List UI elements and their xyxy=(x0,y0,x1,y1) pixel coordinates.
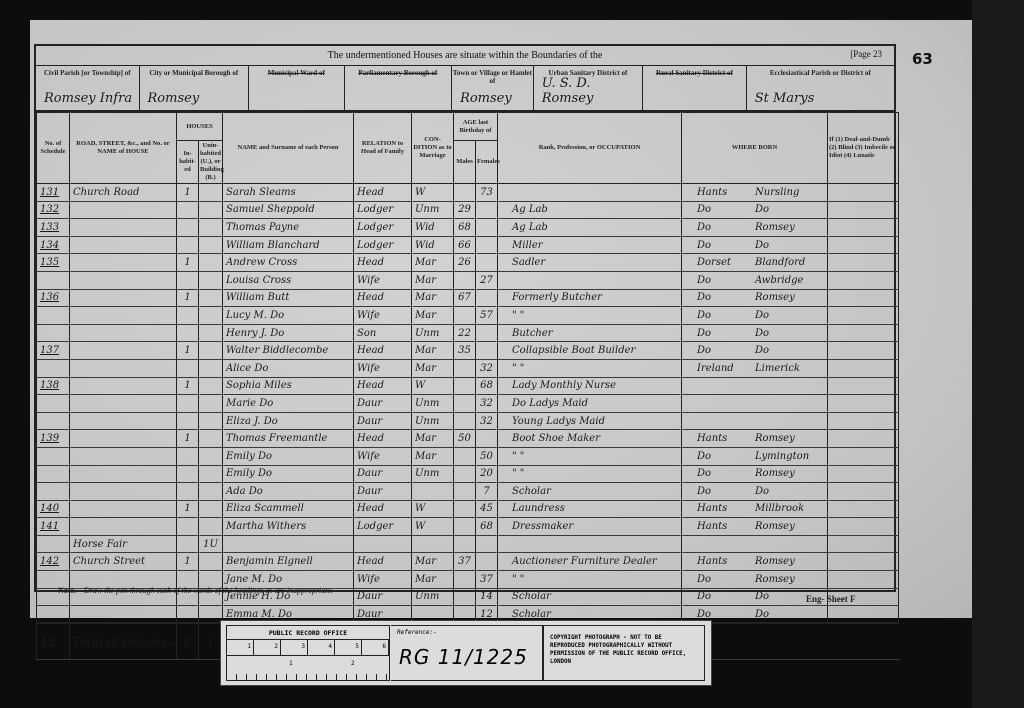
infirmity xyxy=(828,606,899,624)
schedule-number xyxy=(37,359,70,377)
born-place: Limerick xyxy=(755,363,800,374)
occupation: Formerly Butcher xyxy=(498,289,682,307)
male-age xyxy=(454,184,476,202)
schedule-number: 132 xyxy=(37,201,70,219)
uninhabited-count xyxy=(199,518,223,536)
total-houses-label: Total of Houses... xyxy=(70,623,177,659)
uninhabited-count xyxy=(199,447,223,465)
marital-condition: W xyxy=(412,518,454,536)
infirmity xyxy=(828,518,899,536)
relation: Lodger xyxy=(354,518,412,536)
female-age: 7 xyxy=(476,483,498,501)
district-label: Rural Sanitary District of xyxy=(643,66,746,77)
marital-condition: W xyxy=(412,184,454,202)
person-name: Marie Do xyxy=(223,395,354,413)
schedule-number: 136 xyxy=(37,289,70,307)
female-age: 32 xyxy=(476,395,498,413)
schedule-number xyxy=(37,606,70,624)
born-county: Do xyxy=(685,591,755,602)
schedule-number xyxy=(37,535,70,553)
table-row: Emily DoWifeMar50" "DoLymington xyxy=(37,447,899,465)
male-age: 29 xyxy=(454,201,476,219)
table-row: 1371Walter BiddlecombeHeadMar35Collapsib… xyxy=(37,342,899,360)
where-born: DoDo xyxy=(682,342,828,360)
form-caption: The undermentioned Houses are situate wi… xyxy=(36,46,894,66)
table-row: 1351Andrew CrossHeadMar26SadlerDorsetBla… xyxy=(37,254,899,272)
where-born: DoRomsey xyxy=(682,465,828,483)
inhabited-count: 1 xyxy=(177,254,199,272)
road-name xyxy=(70,342,177,360)
person-name: Andrew Cross xyxy=(223,254,354,272)
road-name: Church Road xyxy=(70,184,177,202)
col-occupation: Rank, Profession, or OCCUPATION xyxy=(498,113,682,184)
infirmity xyxy=(828,447,899,465)
female-age: 37 xyxy=(476,571,498,589)
born-county: Do xyxy=(685,328,755,339)
archive-label: PUBLIC RECORD OFFICE 123456 1 2 Referenc… xyxy=(220,620,712,686)
archive-scale-box: PUBLIC RECORD OFFICE 123456 1 2 xyxy=(226,625,390,681)
district-cell: Municipal Ward of xyxy=(249,66,345,110)
person-name: William Butt xyxy=(223,289,354,307)
road-name xyxy=(70,307,177,325)
infirmity xyxy=(828,553,899,571)
uninhabited-count xyxy=(199,324,223,342)
inhabited-count: 1 xyxy=(177,500,199,518)
uninhabited-count xyxy=(199,606,223,624)
where-born: DoRomsey xyxy=(682,571,828,589)
district-header-row: Civil Parish [or Township] ofRomsey Infr… xyxy=(36,66,894,112)
col-condition: CON-DITION as to Marriage xyxy=(412,113,454,184)
cm-mark: 1 xyxy=(227,640,254,655)
male-age: 50 xyxy=(454,430,476,448)
relation: Head xyxy=(354,377,412,395)
road-name xyxy=(70,395,177,413)
where-born: DoRomsey xyxy=(682,219,828,237)
inhabited-count xyxy=(177,359,199,377)
uninhabited-count xyxy=(199,500,223,518)
born-place: Romsey xyxy=(755,468,795,479)
infirmity xyxy=(828,483,899,501)
occupation xyxy=(498,535,682,553)
born-place: Do xyxy=(755,328,769,339)
relation: Daur xyxy=(354,412,412,430)
inhabited-count xyxy=(177,465,199,483)
occupation: Scholar xyxy=(498,588,682,606)
relation: Wife xyxy=(354,359,412,377)
male-age xyxy=(454,483,476,501)
female-age: 32 xyxy=(476,412,498,430)
marital-condition: Mar xyxy=(412,307,454,325)
relation xyxy=(354,535,412,553)
occupation: Scholar xyxy=(498,483,682,501)
marital-condition: Wid xyxy=(412,236,454,254)
marital-condition: Unm xyxy=(412,588,454,606)
occupation xyxy=(498,271,682,289)
male-age: 26 xyxy=(454,254,476,272)
schedule-number: 141 xyxy=(37,518,70,536)
inch-ruler: 1 2 xyxy=(227,656,389,680)
where-born: DoAwbridge xyxy=(682,271,828,289)
cm-mark: 3 xyxy=(281,640,308,655)
person-name: Ada Do xyxy=(223,483,354,501)
female-age xyxy=(476,342,498,360)
table-row: 131Church Road1Sarah SleamsHeadW73HantsN… xyxy=(37,184,899,202)
born-county: Hants xyxy=(685,433,755,444)
person-name: Thomas Payne xyxy=(223,219,354,237)
road-name xyxy=(70,324,177,342)
male-age xyxy=(454,395,476,413)
female-age xyxy=(476,535,498,553)
male-age xyxy=(454,271,476,289)
uninhabited-count: 1U xyxy=(199,535,223,553)
person-name: Samuel Sheppold xyxy=(223,201,354,219)
born-county: Ireland xyxy=(685,363,755,374)
person-name: Sarah Sleams xyxy=(223,184,354,202)
occupation: Butcher xyxy=(498,324,682,342)
reference-label: Reference:- xyxy=(391,626,542,639)
female-age: 27 xyxy=(476,271,498,289)
schedule-number xyxy=(37,307,70,325)
road-name xyxy=(70,430,177,448)
infirmity xyxy=(828,359,899,377)
male-age xyxy=(454,412,476,430)
district-value: St Marys xyxy=(755,91,815,106)
male-age xyxy=(454,447,476,465)
uninhabited-count xyxy=(199,395,223,413)
infirmity xyxy=(828,377,899,395)
inhabited-count xyxy=(177,307,199,325)
uninhabited-count xyxy=(199,254,223,272)
born-county: Do xyxy=(685,222,755,233)
infirmity xyxy=(828,254,899,272)
page-reference: [Page 23 xyxy=(850,49,882,59)
born-county: Do xyxy=(685,292,755,303)
uninhabited-count xyxy=(199,430,223,448)
district-value: Romsey xyxy=(460,91,512,106)
occupation: " " xyxy=(498,571,682,589)
occupation: Ag Lab xyxy=(498,219,682,237)
road-name xyxy=(70,483,177,501)
table-row: Horse Fair1U xyxy=(37,535,899,553)
where-born xyxy=(682,535,828,553)
born-place: Do xyxy=(755,204,769,215)
district-label: City or Municipal Borough of xyxy=(140,66,248,77)
cm-mark: 5 xyxy=(335,640,362,655)
male-age: 67 xyxy=(454,289,476,307)
born-county: Hants xyxy=(685,503,755,514)
born-county: Do xyxy=(685,345,755,356)
born-place: Nursling xyxy=(755,187,799,198)
female-age: 50 xyxy=(476,447,498,465)
table-row: 141Martha WithersLodgerW68DressmakerHant… xyxy=(37,518,899,536)
female-age: 14 xyxy=(476,588,498,606)
col-uninhabited: Unin-habited (U.), or Building (B.) xyxy=(199,141,223,184)
relation: Head xyxy=(354,289,412,307)
road-name xyxy=(70,518,177,536)
person-name: Walter Biddlecombe xyxy=(223,342,354,360)
uninhabited-count xyxy=(199,307,223,325)
male-age xyxy=(454,588,476,606)
district-label: Civil Parish [or Township] of xyxy=(36,66,139,77)
female-age: 20 xyxy=(476,465,498,483)
relation: Lodger xyxy=(354,236,412,254)
col-inhabited: In-habit-ed xyxy=(177,141,199,184)
occupation: Sadler xyxy=(498,254,682,272)
schedule-number: 140 xyxy=(37,500,70,518)
born-place: Millbrook xyxy=(755,503,804,514)
infirmity xyxy=(828,271,899,289)
born-county: Do xyxy=(685,609,755,620)
district-value: U. S. D. Romsey xyxy=(542,76,642,106)
where-born: HantsRomsey xyxy=(682,553,828,571)
marital-condition xyxy=(412,483,454,501)
where-born: IrelandLimerick xyxy=(682,359,828,377)
table-row: Marie DoDaurUnm32Do Ladys Maid xyxy=(37,395,899,413)
schedule-number xyxy=(37,395,70,413)
male-age xyxy=(454,465,476,483)
table-row: 134William BlanchardLodgerWid66MillerDoD… xyxy=(37,236,899,254)
person-name: Henry J. Do xyxy=(223,324,354,342)
born-county: Hants xyxy=(685,521,755,532)
occupation xyxy=(498,184,682,202)
col-road: ROAD, STREET, &c., and No. or NAME of HO… xyxy=(70,113,177,184)
road-name: Horse Fair xyxy=(70,535,177,553)
col-males: Males xyxy=(454,141,476,184)
road-name xyxy=(70,271,177,289)
occupation: " " xyxy=(498,447,682,465)
male-age: 22 xyxy=(454,324,476,342)
road-name xyxy=(70,359,177,377)
road-name xyxy=(70,201,177,219)
table-row: Louisa CrossWifeMar27DoAwbridge xyxy=(37,271,899,289)
inhabited-count: 1 xyxy=(177,342,199,360)
reference-value: RG 11/1225 xyxy=(391,645,542,669)
marital-condition: Mar xyxy=(412,271,454,289)
where-born: DoDo xyxy=(682,307,828,325)
born-county: Do xyxy=(685,574,755,585)
district-cell: City or Municipal Borough ofRomsey xyxy=(140,66,249,110)
uninhabited-count xyxy=(199,342,223,360)
road-name xyxy=(70,606,177,624)
born-county: Do xyxy=(685,275,755,286)
where-born: DoDo xyxy=(682,324,828,342)
infirmity xyxy=(828,571,899,589)
born-county: Do xyxy=(685,451,755,462)
inhabited-count xyxy=(177,219,199,237)
person-name: Eliza J. Do xyxy=(223,412,354,430)
marital-condition: Unm xyxy=(412,324,454,342)
district-label: Municipal Ward of xyxy=(249,66,344,77)
schedule-number xyxy=(37,447,70,465)
column-header-row: No. of Schedule ROAD, STREET, &c., and N… xyxy=(37,113,899,141)
uninhabited-count xyxy=(199,201,223,219)
person-name xyxy=(223,535,354,553)
marital-condition: W xyxy=(412,500,454,518)
where-born: DoLymington xyxy=(682,447,828,465)
occupation: Dressmaker xyxy=(498,518,682,536)
schedule-number: 142 xyxy=(37,553,70,571)
born-place: Romsey xyxy=(755,433,795,444)
person-name: Emily Do xyxy=(223,465,354,483)
born-place: Romsey xyxy=(755,556,795,567)
marital-condition: Mar xyxy=(412,430,454,448)
person-name: Alice Do xyxy=(223,359,354,377)
infirmity xyxy=(828,307,899,325)
schedule-number: 137 xyxy=(37,342,70,360)
where-born: DoDo xyxy=(682,236,828,254)
uninhabited-count xyxy=(199,184,223,202)
note-prefix: Note.— xyxy=(58,586,84,595)
district-label: Town or Village or Hamlet of xyxy=(452,66,533,85)
col-where-born: WHERE BORN xyxy=(682,113,828,184)
schedule-number: 133 xyxy=(37,219,70,237)
male-age xyxy=(454,377,476,395)
occupation: Lady Monthly Nurse xyxy=(498,377,682,395)
uninhabited-count xyxy=(199,219,223,237)
inhabited-count: 1 xyxy=(177,430,199,448)
person-name: Lucy M. Do xyxy=(223,307,354,325)
female-age xyxy=(476,219,498,237)
schedule-number xyxy=(37,324,70,342)
infirmity xyxy=(828,289,899,307)
eng-sheet: Eng- Sheet F xyxy=(806,594,856,604)
schedule-number xyxy=(37,412,70,430)
inch-mark-2: 2 xyxy=(351,660,355,667)
female-age: 73 xyxy=(476,184,498,202)
marital-condition xyxy=(412,535,454,553)
where-born: HantsNursling xyxy=(682,184,828,202)
born-place: Romsey xyxy=(755,574,795,585)
born-county: Do xyxy=(685,240,755,251)
male-age: 35 xyxy=(454,342,476,360)
relation: Head xyxy=(354,553,412,571)
born-place: Do xyxy=(755,345,769,356)
folio-number: 63 xyxy=(912,50,933,68)
infirmity xyxy=(828,342,899,360)
relation: Head xyxy=(354,184,412,202)
table-row: Ada DoDaur7ScholarDoDo xyxy=(37,483,899,501)
table-row: Henry J. DoSonUnm22ButcherDoDo xyxy=(37,324,899,342)
table-row: Alice DoWifeMar32" "IrelandLimerick xyxy=(37,359,899,377)
female-age xyxy=(476,289,498,307)
col-name: NAME and Surname of each Person xyxy=(223,113,354,184)
born-place: Do xyxy=(755,486,769,497)
form-note: Note.—Draw the pen through such of the w… xyxy=(58,586,333,595)
cm-scale: 123456 xyxy=(227,640,389,656)
infirmity xyxy=(828,412,899,430)
table-row: 142Church Street1Benjamin ElgnellHeadMar… xyxy=(37,553,899,571)
person-name: William Blanchard xyxy=(223,236,354,254)
born-county: Do xyxy=(685,486,755,497)
table-row: 133Thomas PayneLodgerWid68Ag LabDoRomsey xyxy=(37,219,899,237)
born-place: Do xyxy=(755,591,769,602)
district-cell: Town or Village or Hamlet ofRomsey xyxy=(452,66,534,110)
inch-mark-1: 1 xyxy=(289,660,293,667)
archive-office: PUBLIC RECORD OFFICE xyxy=(227,626,389,640)
relation: Head xyxy=(354,430,412,448)
infirmity xyxy=(828,219,899,237)
marital-condition: Unm xyxy=(412,465,454,483)
marital-condition: Mar xyxy=(412,553,454,571)
inhabited-count xyxy=(177,535,199,553)
uninhabited-count xyxy=(199,377,223,395)
infirmity xyxy=(828,184,899,202)
where-born: DoDo xyxy=(682,483,828,501)
schedule-number xyxy=(37,483,70,501)
female-age: 45 xyxy=(476,500,498,518)
infirmity xyxy=(828,500,899,518)
table-row: 1381Sophia MilesHeadW68Lady Monthly Nurs… xyxy=(37,377,899,395)
relation: Daur xyxy=(354,588,412,606)
road-name xyxy=(70,254,177,272)
female-age: 57 xyxy=(476,307,498,325)
cm-mark: 2 xyxy=(254,640,281,655)
infirmity xyxy=(828,395,899,413)
table-row: 1361William ButtHeadMar67Formerly Butche… xyxy=(37,289,899,307)
where-born: DorsetBlandford xyxy=(682,254,828,272)
born-county: Do xyxy=(685,310,755,321)
infirmity xyxy=(828,430,899,448)
infirmity xyxy=(828,201,899,219)
total-schedules: 12 xyxy=(37,623,70,659)
schedule-number: 134 xyxy=(37,236,70,254)
uninhabited-count xyxy=(199,483,223,501)
male-age xyxy=(454,535,476,553)
born-place: Do xyxy=(755,310,769,321)
born-place: Romsey xyxy=(755,292,795,303)
uninhabited-count xyxy=(199,271,223,289)
road-name xyxy=(70,500,177,518)
note-text: Draw the pen through such of the words o… xyxy=(84,586,333,595)
occupation: Ag Lab xyxy=(498,201,682,219)
where-born xyxy=(682,395,828,413)
inhabited-count xyxy=(177,412,199,430)
archive-reference-box: Reference:- RG 11/1225 xyxy=(391,625,543,681)
census-table: No. of Schedule ROAD, STREET, &c., and N… xyxy=(36,112,899,660)
inhabited-count xyxy=(177,236,199,254)
inhabited-count xyxy=(177,324,199,342)
schedule-number xyxy=(37,465,70,483)
person-name: Sophia Miles xyxy=(223,377,354,395)
born-place: Do xyxy=(755,240,769,251)
copyright-notice: COPYRIGHT PHOTOGRAPH - NOT TO BE REPRODU… xyxy=(543,625,705,681)
infirmity xyxy=(828,236,899,254)
relation: Lodger xyxy=(354,219,412,237)
person-name: Louisa Cross xyxy=(223,271,354,289)
male-age xyxy=(454,518,476,536)
road-name xyxy=(70,219,177,237)
table-row: Emily DoDaurUnm20" "DoRomsey xyxy=(37,465,899,483)
person-name: Benjamin Elgnell xyxy=(223,553,354,571)
district-cell: Rural Sanitary District of xyxy=(643,66,747,110)
female-age xyxy=(476,553,498,571)
occupation: Collapsible Boat Builder xyxy=(498,342,682,360)
col-infirmity: If (1) Deaf-and-Dumb (2) Blind (3) Imbec… xyxy=(828,113,899,184)
uninhabited-count xyxy=(199,359,223,377)
relation: Lodger xyxy=(354,201,412,219)
cm-mark: 4 xyxy=(308,640,335,655)
female-age xyxy=(476,324,498,342)
person-name: Eliza Scammell xyxy=(223,500,354,518)
col-age: AGE last Birthday of xyxy=(454,113,498,141)
col-houses: HOUSES xyxy=(177,113,223,141)
col-relation: RELATION to Head of Family xyxy=(354,113,412,184)
male-age xyxy=(454,359,476,377)
born-place: Romsey xyxy=(755,521,795,532)
marital-condition: Unm xyxy=(412,412,454,430)
person-name: Thomas Freemantle xyxy=(223,430,354,448)
schedule-number: 135 xyxy=(37,254,70,272)
